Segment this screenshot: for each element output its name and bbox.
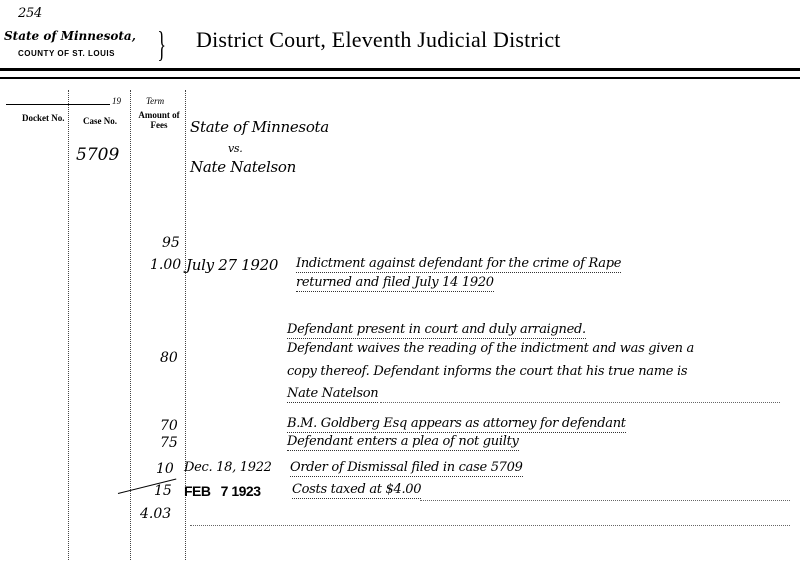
defendant-name: Nate Natelson xyxy=(190,158,296,176)
docket-page: 254 State of Minnesota, COUNTY OF ST. LO… xyxy=(0,0,800,569)
county-label: COUNTY OF ST. LOUIS xyxy=(18,49,115,58)
state-label: State of Minnesota, xyxy=(4,29,136,43)
case-number: 5709 xyxy=(76,145,119,165)
date-blank-rule xyxy=(6,104,110,105)
entry-line: returned and filed July 14 1920 xyxy=(296,275,494,292)
entry-line: Nate Natelson xyxy=(287,386,378,403)
fee-value: 95 xyxy=(162,235,180,251)
page-number: 254 xyxy=(18,6,42,21)
header-rule-top xyxy=(0,68,800,71)
fee-value: 15 xyxy=(154,483,172,499)
fee-value: 70 xyxy=(160,418,178,434)
entry-line: B.M. Goldberg Esq appears as attorney fo… xyxy=(287,416,626,433)
fee-value: 75 xyxy=(160,435,178,451)
fee-value: 10 xyxy=(156,461,174,477)
filed-date-stamp: FEB 7 1923 xyxy=(184,483,261,499)
ruled-line xyxy=(420,500,790,501)
versus-label: vs. xyxy=(228,142,242,155)
entry-line: copy thereof. Defendant informs the cour… xyxy=(287,364,687,379)
entry-line: Order of Dismissal filed in case 5709 xyxy=(290,460,523,477)
header-rule-bottom xyxy=(0,77,800,79)
brace-icon: } xyxy=(157,26,166,62)
fees-header: Amount of Fees xyxy=(134,110,184,130)
entry-date: Dec. 18, 1922 xyxy=(184,460,272,475)
total-fees: 4.03 xyxy=(140,506,171,522)
ruled-line xyxy=(380,402,780,403)
docket-no-header: Docket No. xyxy=(22,113,52,123)
term-label: Term xyxy=(146,96,164,106)
fee-value: 1.00 xyxy=(150,257,181,273)
plaintiff-name: State of Minnesota xyxy=(190,118,329,136)
entry-line: Costs taxed at $4.00 xyxy=(292,482,421,499)
year-label: 19 xyxy=(112,96,121,106)
entry-line: Defendant present in court and duly arra… xyxy=(287,322,586,339)
entry-line: Defendant waives the reading of the indi… xyxy=(287,341,694,356)
entry-line: Defendant enters a plea of not guilty xyxy=(287,434,519,451)
column-divider xyxy=(68,90,69,560)
case-no-header: Case No. xyxy=(78,116,122,126)
ruled-line xyxy=(190,525,790,526)
fee-value: 80 xyxy=(160,350,178,366)
entry-date: July 27 1920 xyxy=(186,256,278,274)
court-title: District Court, Eleventh Judicial Distri… xyxy=(196,27,561,53)
entry-line: Indictment against defendant for the cri… xyxy=(296,256,621,273)
